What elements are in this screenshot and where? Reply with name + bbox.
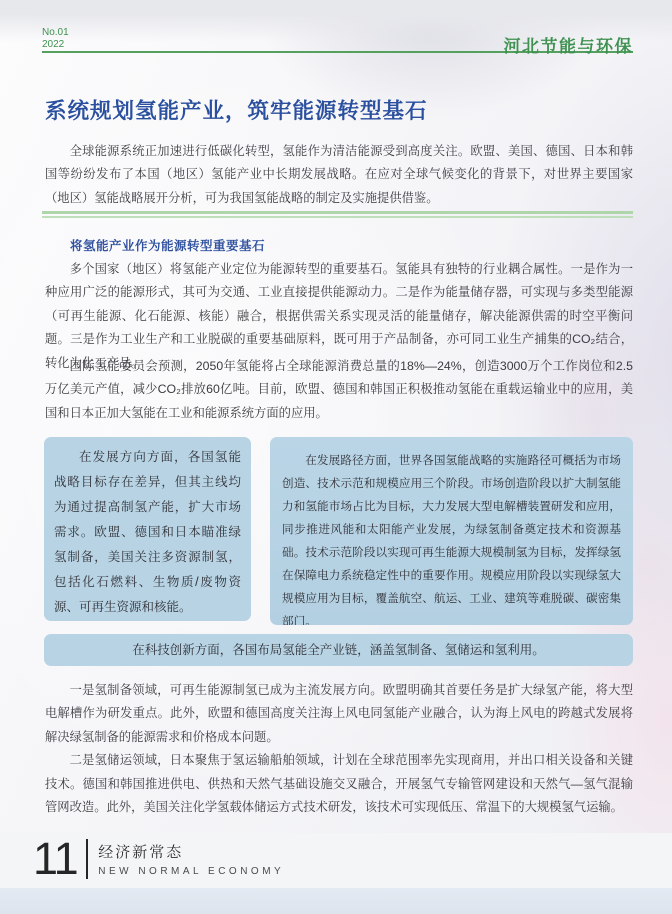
- magazine-page: No.01 2022 河北节能与环保 系统规划氢能产业，筑牢能源转型基石 全球能…: [0, 0, 672, 914]
- article-title: 系统规划氢能产业，筑牢能源转型基石: [45, 94, 645, 125]
- issue-number: No.01: [42, 27, 69, 39]
- footer-section-title-cn: 经济新常态: [98, 841, 284, 862]
- page-number: 11: [33, 837, 78, 881]
- journal-title: 河北节能与环保: [504, 32, 634, 57]
- paragraph-hydrogen-storage-transport: 二是氢储运领域，日本聚焦于氢运输船舶领域，计划在全球范围率先实现商用，并出口相关…: [45, 749, 633, 819]
- section-heading: 将氢能产业作为能源转型重要基石: [70, 236, 265, 254]
- section-divider: [42, 211, 633, 218]
- highlight-box-development-direction: 在发展方向方面，各国氢能战略目标存在差异，但其主线均为通过提高制氢产能，扩大市场…: [44, 437, 251, 621]
- intro-paragraph: 全球能源系统正加速进行低碳化转型，氢能作为清洁能源受到高度关注。欧盟、美国、德国…: [45, 140, 633, 210]
- issue-year: 2022: [42, 39, 69, 51]
- highlight-box-tech-innovation: 在科技创新方面，各国布局氢能全产业链，涵盖氢制备、氢储运和氢利用。: [44, 634, 633, 666]
- paragraph-hydrogen-production: 一是氢制备领域，可再生能源制氢已成为主流发展方向。欧盟明确其首要任务是扩大绿氢产…: [45, 679, 633, 749]
- section-paragraph-2: 国际氢能委员会预测，2050年氢能将占全球能源消费总量的18%—24%，创造30…: [45, 355, 633, 425]
- issue-info: No.01 2022: [42, 27, 69, 50]
- page-footer: 11 经济新常态 NEW NORMAL ECONOMY: [33, 836, 284, 882]
- footer-section-title-en: NEW NORMAL ECONOMY: [98, 866, 284, 877]
- footer-divider: [86, 839, 89, 879]
- closing-paragraphs: 一是氢制备领域，可再生能源制氢已成为主流发展方向。欧盟明确其首要任务是扩大绿氢产…: [45, 679, 633, 819]
- footer-section: 经济新常态 NEW NORMAL ECONOMY: [98, 841, 284, 877]
- highlight-box-development-path: 在发展路径方面，世界各国氢能战略的实施路径可概括为市场创造、技术示范和规模应用三…: [270, 437, 633, 625]
- bottom-photo-band: [0, 888, 672, 914]
